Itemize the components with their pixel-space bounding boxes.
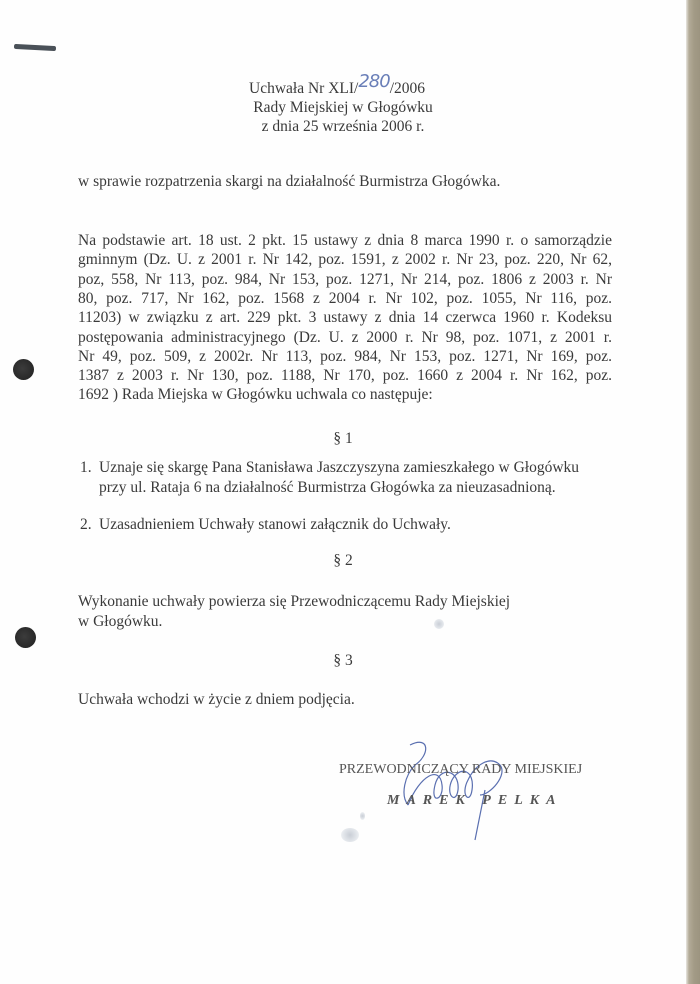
preamble-line: 80, poz. 717, Nr 162, poz. 1568 z 2004 r… [78,289,612,309]
preamble-line: 1387 z 2003 r. Nr 130, poz. 1188, Nr 170… [78,366,612,386]
preamble-line: Nr 49, poz. 509, z 2002r. Nr 113, poz. 9… [78,347,612,367]
signatory-title: PRZEWODNICZĄCY RADY MIEJSKIEJ [339,762,582,778]
list-item-number: 1. [80,458,99,478]
section-2-text-continued: w Głogówku. [78,612,162,632]
resolution-number-prefix: Uchwała Nr XLI/ [249,80,358,97]
resolution-date: z dnia 25 września 2006 r. [0,117,686,137]
preamble-line: postępowania administracyjnego (Dz. U. z… [78,328,612,348]
ink-smudge [434,619,444,629]
signatory-name: MAREK PELKA [387,793,562,809]
handwritten-number: 280 [358,71,389,92]
pen-mark [14,44,56,51]
subject-line: w sprawie rozpatrzenia skargi na działal… [78,172,500,192]
resolution-number: Uchwała Nr XLI/280/2006 [249,78,425,99]
list-item-text-continued: przy ul. Rataja 6 na działalność Burmist… [80,478,579,498]
preamble-line: Na podstawie art. 18 ust. 2 pkt. 15 usta… [78,231,612,251]
section-3-text: Uchwała wchodzi w życie z dniem podjęcia… [78,690,355,710]
preamble-line: gminnym (Dz. U. z 2001 r. Nr 142, poz. 1… [78,250,612,270]
section-3-heading: § 3 [0,652,686,670]
resolution-number-suffix: /2006 [390,80,425,97]
preamble-line: 1692 ) Rada Miejska w Głogówku uchwala c… [78,385,612,405]
list-item: 1.Uznaje się skargę Pana Stanisława Jasz… [80,458,579,497]
list-item-text: Uzasadnieniem Uchwały stanowi załącznik … [99,516,451,533]
ink-smudge [341,828,359,842]
section-2-text: Wykonanie uchwały powierza się Przewodni… [78,592,510,612]
list-item-number: 2. [80,515,99,535]
punch-hole [15,627,36,648]
handwritten-signature [380,735,520,845]
section-2-heading: § 2 [0,552,686,570]
scan-edge-shadow [686,0,700,984]
list-item-text: Uznaje się skargę Pana Stanisława Jaszcz… [99,459,579,476]
preamble-line: poz, 558, Nr 113, poz. 984, Nr 153, poz.… [78,270,612,290]
section-1-heading: § 1 [0,430,686,448]
preamble-line: 11203) w związku z art. 229 pkt. 3 ustaw… [78,308,612,328]
council-name: Rady Miejskiej w Głogówku [0,98,686,118]
list-item: 2.Uzasadnieniem Uchwały stanowi załączni… [80,515,451,535]
punch-hole [13,359,34,380]
ink-smudge [360,812,365,820]
